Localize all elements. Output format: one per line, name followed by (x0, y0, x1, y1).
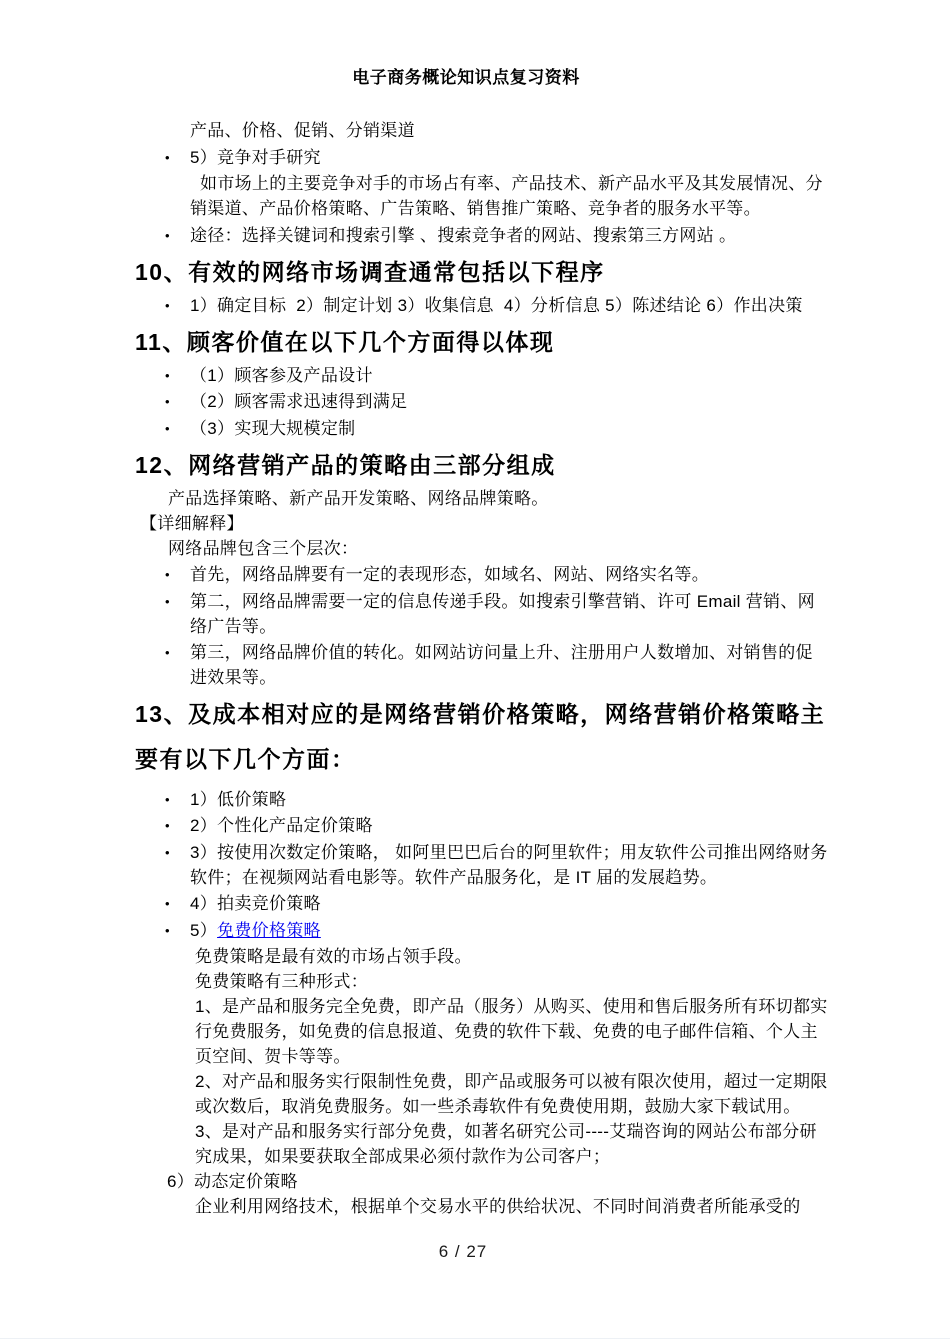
numbered-item-dynamic-pricing: 6）动态定价策略 (167, 1169, 910, 1194)
paragraph-brand-levels: 网络品牌包含三个层次： (168, 536, 910, 561)
bullet-icon: • (165, 589, 190, 639)
bullet-item-competitor-research: • 5）竞争对手研究 (135, 145, 910, 170)
paragraph-free-strategy-forms: 免费策略有三种形式： (195, 969, 910, 994)
bullet-icon: • (165, 840, 190, 890)
free-price-strategy-link[interactable]: 免费价格策略 (217, 921, 321, 940)
paragraph-marketing-mix: 产品、价格、促销、分销渠道 (190, 118, 910, 143)
document-page: 电子商务概论知识点复习资料 产品、价格、促销、分销渠道 • 5）竞争对手研究 如… (0, 0, 950, 1341)
item-prefix: 5） (190, 921, 217, 940)
bullet-item-price-4: • 4）拍卖竞价策略 (135, 891, 910, 916)
paragraph-product-strategies: 产品选择策略、新产品开发策略、网络品牌策略。 (168, 486, 910, 511)
document-body: 产品、价格、促销、分销渠道 • 5）竞争对手研究 如市场上的主要竞争对手的市场占… (135, 118, 910, 1219)
bullet-item-text: 第三，网络品牌价值的转化。如网站访问量上升、注册用户人数增加、对销售的促 进效果… (190, 640, 910, 690)
paragraph-detail-label: 【详细解释】 (140, 511, 910, 536)
paragraph-dynamic-pricing-detail: 企业利用网络技术，根据单个交易水平的供给状况、不同时间消费者所能承受的 (195, 1194, 910, 1219)
bullet-icon: • (165, 918, 190, 943)
bullet-icon: • (165, 813, 190, 838)
page-number: 6 / 27 (0, 1242, 950, 1262)
bullet-item-text: 5）免费价格策略 (190, 918, 910, 943)
paragraph-free-strategy-intro: 免费策略是最有效的市场占领手段。 (195, 944, 910, 969)
bullet-item-text: 首先，网络品牌要有一定的表现形态，如域名、网站、网络实名等。 (190, 562, 910, 587)
paragraph-free-form-1: 1、是产品和服务完全免费，即产品（服务）从购买、使用和售后服务所有环切都实 行免… (195, 994, 910, 1069)
bullet-item-customer-value-2: • （2）顾客需求迅速得到满足 (135, 389, 910, 414)
bullet-item-text: （3）实现大规模定制 (190, 416, 910, 441)
bullet-item-price-2: • 2）个性化产品定价策略 (135, 813, 910, 838)
bullet-item-text: （2）顾客需求迅速得到满足 (190, 389, 910, 414)
bullet-item-text: 2）个性化产品定价策略 (190, 813, 910, 838)
paragraph-free-form-3: 3、是对产品和服务实行部分免费，如著名研究公司----艾瑞咨询的网站公布部分研 … (195, 1119, 910, 1169)
section-heading-11: 11、顾客价值在以下几个方面得以体现 (135, 326, 910, 358)
bullet-item-price-1: • 1）低价策略 (135, 787, 910, 812)
bullet-item-price-5-free: • 5）免费价格策略 (135, 918, 910, 943)
bullet-item-brand-level-3: • 第三，网络品牌价值的转化。如网站访问量上升、注册用户人数增加、对销售的促 进… (135, 640, 910, 690)
section-heading-12: 12、网络营销产品的策略由三部分组成 (135, 449, 910, 481)
bullet-item-text: 途径：选择关键词和搜索引擎 、搜索竞争者的网站、搜索第三方网站 。 (190, 223, 910, 248)
bullet-icon: • (165, 145, 190, 170)
section-heading-10: 10、有效的网络市场调查通常包括以下程序 (135, 256, 910, 288)
bullet-item-customer-value-1: • （1）顾客参及产品设计 (135, 363, 910, 388)
bullet-item-approach: • 途径：选择关键词和搜索引擎 、搜索竞争者的网站、搜索第三方网站 。 (135, 223, 910, 248)
section-heading-13: 13、及成本相对应的是网络营销价格策略，网络营销价格策略主 要有以下几个方面： (135, 692, 910, 782)
bullet-icon: • (165, 787, 190, 812)
bullet-item-text: 1）确定目标 2）制定计划 3）收集信息 4）分析信息 5）陈述结论 6）作出决… (190, 293, 910, 318)
bullet-item-text: 3）按使用次数定价策略， 如阿里巴巴后台的阿里软件；用友软件公司推出网络财务 软… (190, 840, 910, 890)
bullet-icon: • (165, 223, 190, 248)
bullet-item-survey-steps: • 1）确定目标 2）制定计划 3）收集信息 4）分析信息 5）陈述结论 6）作… (135, 293, 910, 318)
bullet-item-price-3: • 3）按使用次数定价策略， 如阿里巴巴后台的阿里软件；用友软件公司推出网络财务… (135, 840, 910, 890)
bullet-icon: • (165, 389, 190, 414)
bullet-item-brand-level-1: • 首先，网络品牌要有一定的表现形态，如域名、网站、网络实名等。 (135, 562, 910, 587)
bullet-item-text: 第二，网络品牌需要一定的信息传递手段。如搜索引擎营销、许可 Email 营销、网… (190, 589, 910, 639)
bullet-item-text: 1）低价策略 (190, 787, 910, 812)
bullet-icon: • (165, 640, 190, 690)
bullet-item-text: 4）拍卖竞价策略 (190, 891, 910, 916)
document-title: 电子商务概论知识点复习资料 (0, 0, 950, 88)
bullet-icon: • (165, 891, 190, 916)
bullet-item-brand-level-2: • 第二，网络品牌需要一定的信息传递手段。如搜索引擎营销、许可 Email 营销… (135, 589, 910, 639)
bullet-icon: • (165, 416, 190, 441)
bullet-item-text: （1）顾客参及产品设计 (190, 363, 910, 388)
page-bottom-divider (0, 1338, 950, 1339)
paragraph-free-form-2: 2、对产品和服务实行限制性免费，即产品或服务可以被有限次使用，超过一定期限 或次… (195, 1069, 910, 1119)
bullet-icon: • (165, 363, 190, 388)
bullet-icon: • (165, 293, 190, 318)
bullet-item-customer-value-3: • （3）实现大规模定制 (135, 416, 910, 441)
bullet-icon: • (165, 562, 190, 587)
bullet-item-text: 5）竞争对手研究 (190, 145, 910, 170)
paragraph-competitor-detail: 如市场上的主要竞争对手的市场占有率、产品技术、新产品水平及其发展情况、分 销渠道… (190, 171, 910, 221)
